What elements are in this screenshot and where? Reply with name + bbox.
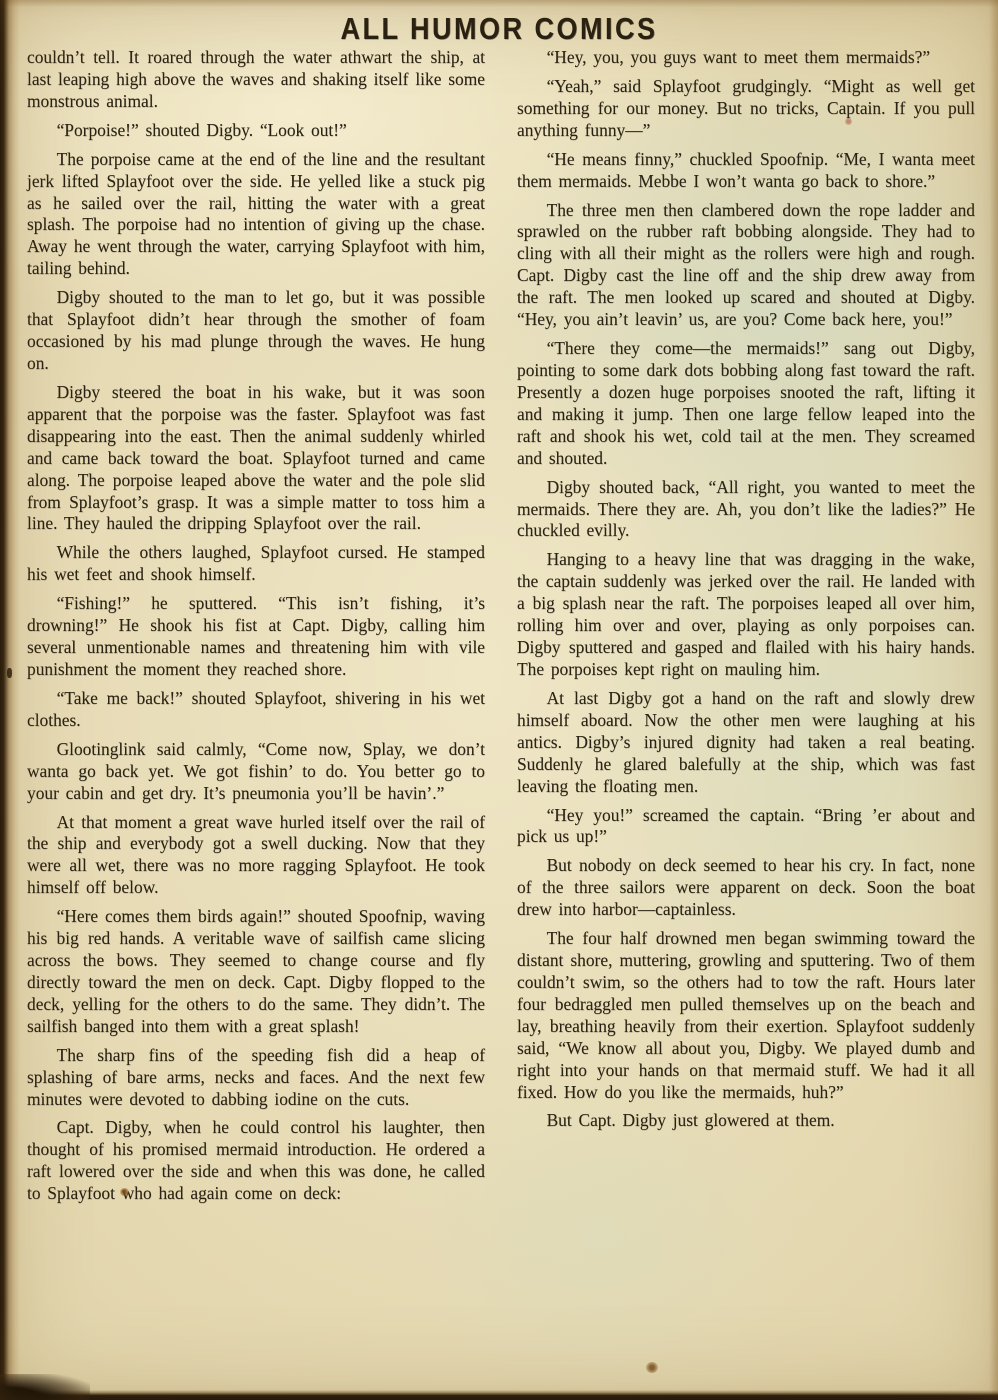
paragraph: “Here comes them birds again!” shouted S… xyxy=(27,906,485,1038)
paragraph: While the others laughed, Splayfoot curs… xyxy=(27,542,485,586)
story-text: couldn’t tell. It roared through the wat… xyxy=(27,47,975,1212)
paragraph: The porpoise came at the end of the line… xyxy=(27,149,485,281)
paragraph: The three men then clambered down the ro… xyxy=(517,200,975,332)
paragraph: But nobody on deck seemed to hear his cr… xyxy=(517,855,975,921)
paragraph: “Take me back!” shouted Splayfoot, shive… xyxy=(27,688,485,732)
paragraph: “Yeah,” said Splayfoot grudgingly. “Migh… xyxy=(517,76,975,142)
paragraph: Glootinglink said calmly, “Come now, Spl… xyxy=(27,739,485,805)
paragraph: “Porpoise!” shouted Digby. “Look out!” xyxy=(27,120,485,142)
text-column-right: “Hey, you, you guys want to meet them me… xyxy=(517,47,975,1212)
paragraph: Digby steered the boat in his wake, but … xyxy=(27,382,485,535)
text-column-left: couldn’t tell. It roared through the wat… xyxy=(27,47,485,1212)
page-edge-right xyxy=(988,0,998,1400)
paragraph: Hanging to a heavy line that was draggin… xyxy=(517,549,975,681)
paragraph: Digby shouted to the man to let go, but … xyxy=(27,287,485,375)
paragraph: The sharp fins of the speeding fish did … xyxy=(27,1045,485,1111)
page-title: ALL HUMOR COMICS xyxy=(0,12,998,47)
paragraph: “Hey you!” screamed the captain. “Bring … xyxy=(517,805,975,849)
paragraph: Digby shouted back, “All right, you want… xyxy=(517,477,975,543)
paragraph: But Capt. Digby just glowered at them. xyxy=(517,1110,975,1132)
page-corner-shadow xyxy=(0,1374,90,1400)
paragraph: couldn’t tell. It roared through the wat… xyxy=(27,47,485,113)
page-binding-edge xyxy=(0,0,20,1400)
paragraph: “There they come—the mermaids!” sang out… xyxy=(517,338,975,470)
paragraph: At that moment a great wave hurled itsel… xyxy=(27,812,485,900)
paragraph: Capt. Digby, when he could control his l… xyxy=(27,1117,485,1205)
page-edge-top xyxy=(0,0,998,8)
paragraph: The four half drowned men began swimming… xyxy=(517,928,975,1103)
paragraph: “He means finny,” chuckled Spoofnip. “Me… xyxy=(517,149,975,193)
paragraph: “Fishing!” he sputtered. “This isn’t fis… xyxy=(27,593,485,681)
page-edge-bottom xyxy=(0,1390,998,1400)
paragraph: At last Digby got a hand on the raft and… xyxy=(517,688,975,798)
paragraph: “Hey, you, you guys want to meet them me… xyxy=(517,47,975,69)
